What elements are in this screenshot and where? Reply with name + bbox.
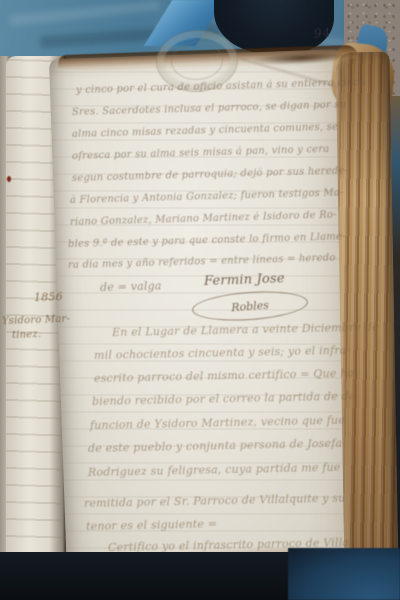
manuscript-line: de = valga: [100, 279, 162, 294]
fabric-bottom-right: [288, 548, 400, 600]
signature-rubric-text: Robles: [231, 298, 269, 314]
ink-speck: [7, 176, 11, 182]
signature-name: Fermin Jose: [204, 271, 285, 289]
margin-year: 1856: [34, 290, 63, 304]
manuscript-photo: 94 y cinco por el cura de oficio asistan…: [0, 0, 400, 600]
embossed-seal-inner-ring: [170, 41, 224, 82]
manuscript-line: tenor es el siguiente =: [86, 517, 217, 533]
margin-name-line2: tinez.: [12, 329, 42, 341]
page-number: 94: [314, 25, 332, 40]
fabric-fold: [10, 0, 160, 26]
